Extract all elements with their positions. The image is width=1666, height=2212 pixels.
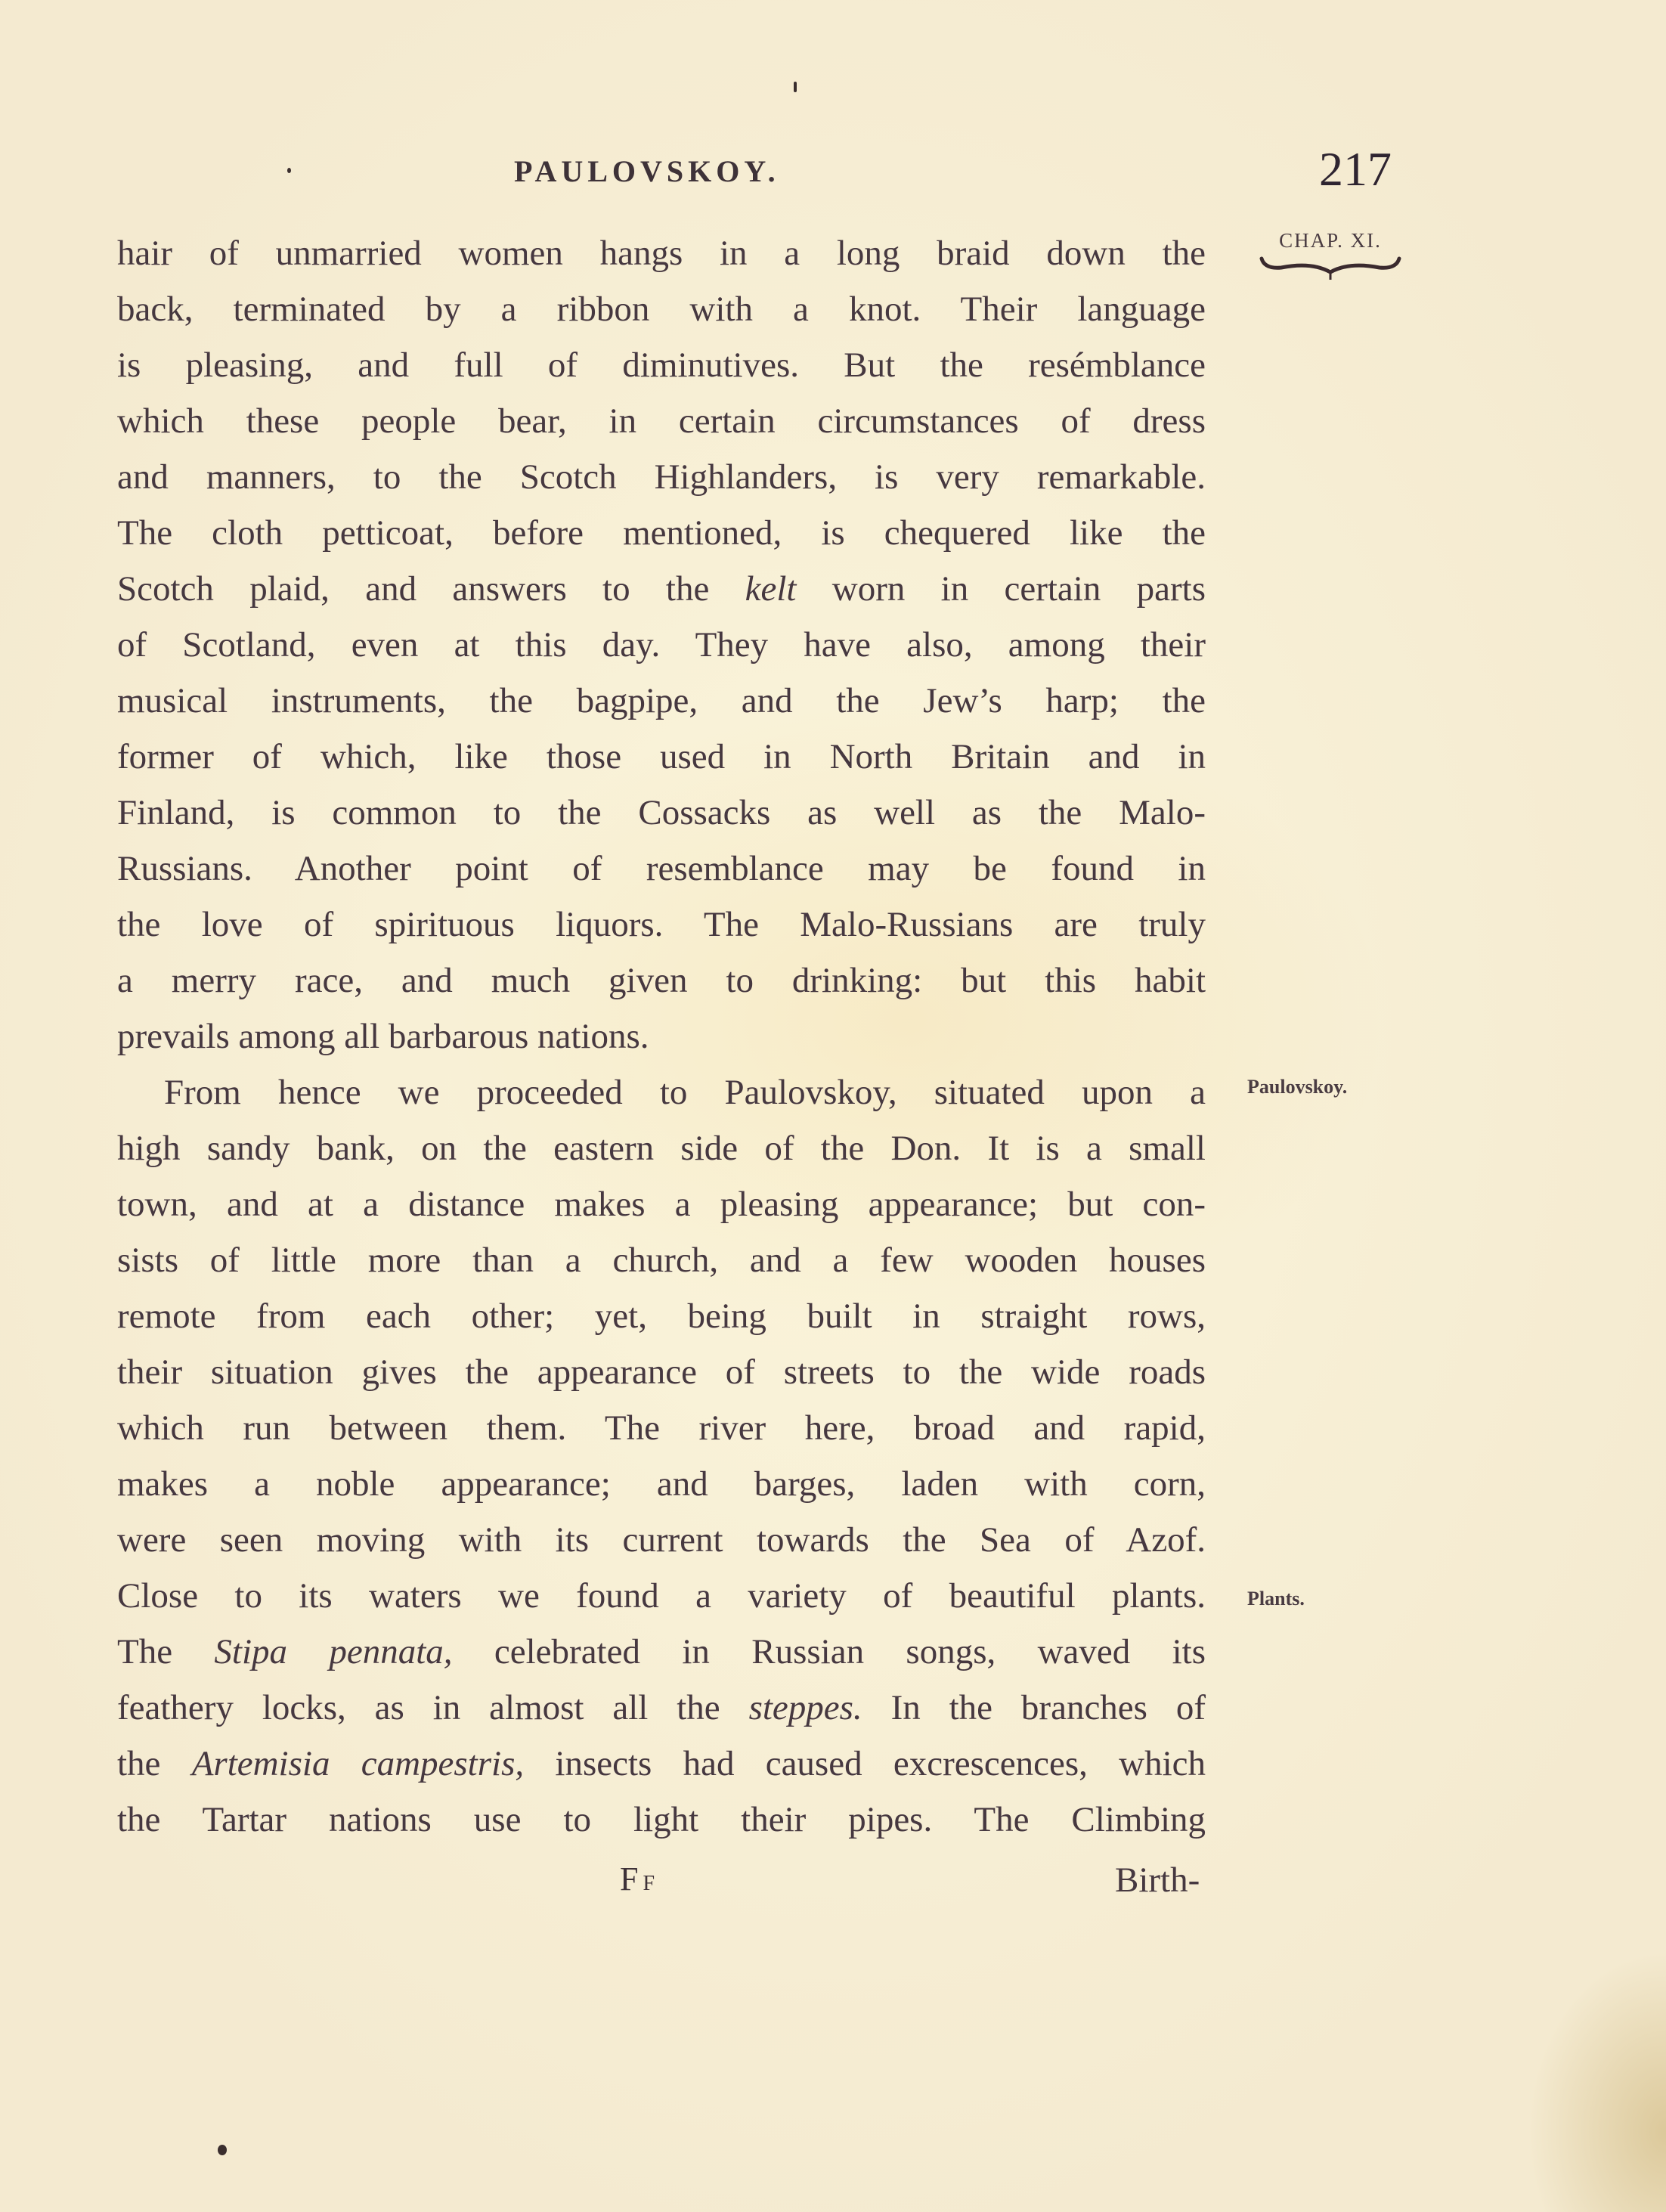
italic-term: steppes. — [749, 1688, 862, 1727]
text-line: The cloth petticoat, before mentioned, i… — [117, 505, 1206, 561]
text-span: worn in certain parts — [796, 569, 1206, 609]
text-line: the love of spirituous liquors. The Malo… — [117, 897, 1206, 953]
text-line: the Artemisia campestris, insects had ca… — [117, 1736, 1206, 1792]
text-line: Russians. Another point of resemblance m… — [117, 841, 1206, 897]
page-header: PAULOVSKOY. 217 — [0, 147, 1666, 200]
text-line: former of which, like those used in Nort… — [117, 729, 1206, 785]
text-line: musical instruments, the bagpipe, and th… — [117, 673, 1206, 729]
text-line: prevails among all barbarous nations. — [117, 1008, 1206, 1064]
text-line: hair of unmarried women hangs in a long … — [117, 225, 1206, 281]
brace-ornament-icon — [1259, 256, 1402, 281]
text-line: remote from each other; yet, being built… — [117, 1288, 1206, 1344]
text-line: back, terminated by a ribbon with a knot… — [117, 281, 1206, 337]
text-line: Finland, is common to the Cossacks as we… — [117, 785, 1206, 841]
signature-minor: F — [643, 1872, 655, 1895]
text-line: Close to its waters we found a variety o… — [117, 1568, 1206, 1624]
text-line: high sandy bank, on the eastern side of … — [117, 1120, 1206, 1176]
text-span: In the branches of — [862, 1688, 1206, 1727]
text-span: The — [117, 1632, 214, 1671]
text-span: feathery locks, as in almost all the — [117, 1688, 749, 1727]
italic-term: Artemisia campestris, — [192, 1744, 524, 1783]
page-footer: FF Birth- — [0, 1860, 1666, 1913]
text-line: which these people bear, in certain circ… — [117, 393, 1206, 449]
text-span: Scotch plaid, and answers to the — [117, 569, 745, 609]
signature-major: F — [620, 1860, 638, 1898]
text-span: insects had caused excrescences, which — [524, 1744, 1206, 1783]
margin-note-plants: Plants. — [1247, 1588, 1305, 1610]
chapter-label: CHAP. XI. — [1259, 229, 1402, 252]
text-line: makes a noble appearance; and barges, la… — [117, 1456, 1206, 1512]
ink-speck — [794, 82, 797, 92]
italic-term: Stipa pennata, — [214, 1632, 452, 1671]
body-text: hair of unmarried women hangs in a long … — [117, 225, 1206, 1848]
page-number: 217 — [1319, 141, 1392, 197]
text-line: From hence we proceeded to Paulovskoy, s… — [117, 1064, 1206, 1120]
text-line: is pleasing, and full of diminutives. Bu… — [117, 337, 1206, 393]
text-line: and manners, to the Scotch Highlanders, … — [117, 449, 1206, 505]
chapter-marginal-note: CHAP. XI. — [1259, 229, 1402, 281]
text-line: Scotch plaid, and answers to the kelt wo… — [117, 561, 1206, 617]
text-line: were seen moving with its current toward… — [117, 1512, 1206, 1568]
text-line: sists of little more than a church, and … — [117, 1232, 1206, 1288]
text-line: their situation gives the appearance of … — [117, 1344, 1206, 1400]
text-line: of Scotland, even at this day. They have… — [117, 617, 1206, 673]
ink-speck — [287, 168, 291, 173]
text-span: the — [117, 1744, 192, 1783]
ink-speck — [218, 2145, 227, 2155]
text-line: town, and at a distance makes a pleasing… — [117, 1176, 1206, 1232]
book-page: PAULOVSKOY. 217 CHAP. XI. Paulovskoy. Pl… — [0, 0, 1666, 2212]
text-span: celebrated in Russian songs, waved its — [453, 1632, 1206, 1671]
text-line: feathery locks, as in almost all the ste… — [117, 1680, 1206, 1736]
signature-mark: FF — [620, 1860, 655, 1898]
text-line: which run between them. The river here, … — [117, 1400, 1206, 1456]
text-line: the Tartar nations use to light their pi… — [117, 1792, 1206, 1848]
text-line: The Stipa pennata, celebrated in Russian… — [117, 1624, 1206, 1680]
italic-term: kelt — [745, 569, 797, 609]
running-head: PAULOVSKOY. — [514, 153, 780, 189]
catchword: Birth- — [1115, 1860, 1200, 1901]
text-line: a merry race, and much given to drinking… — [117, 953, 1206, 1008]
margin-note-paulovskoy: Paulovskoy. — [1247, 1076, 1347, 1098]
